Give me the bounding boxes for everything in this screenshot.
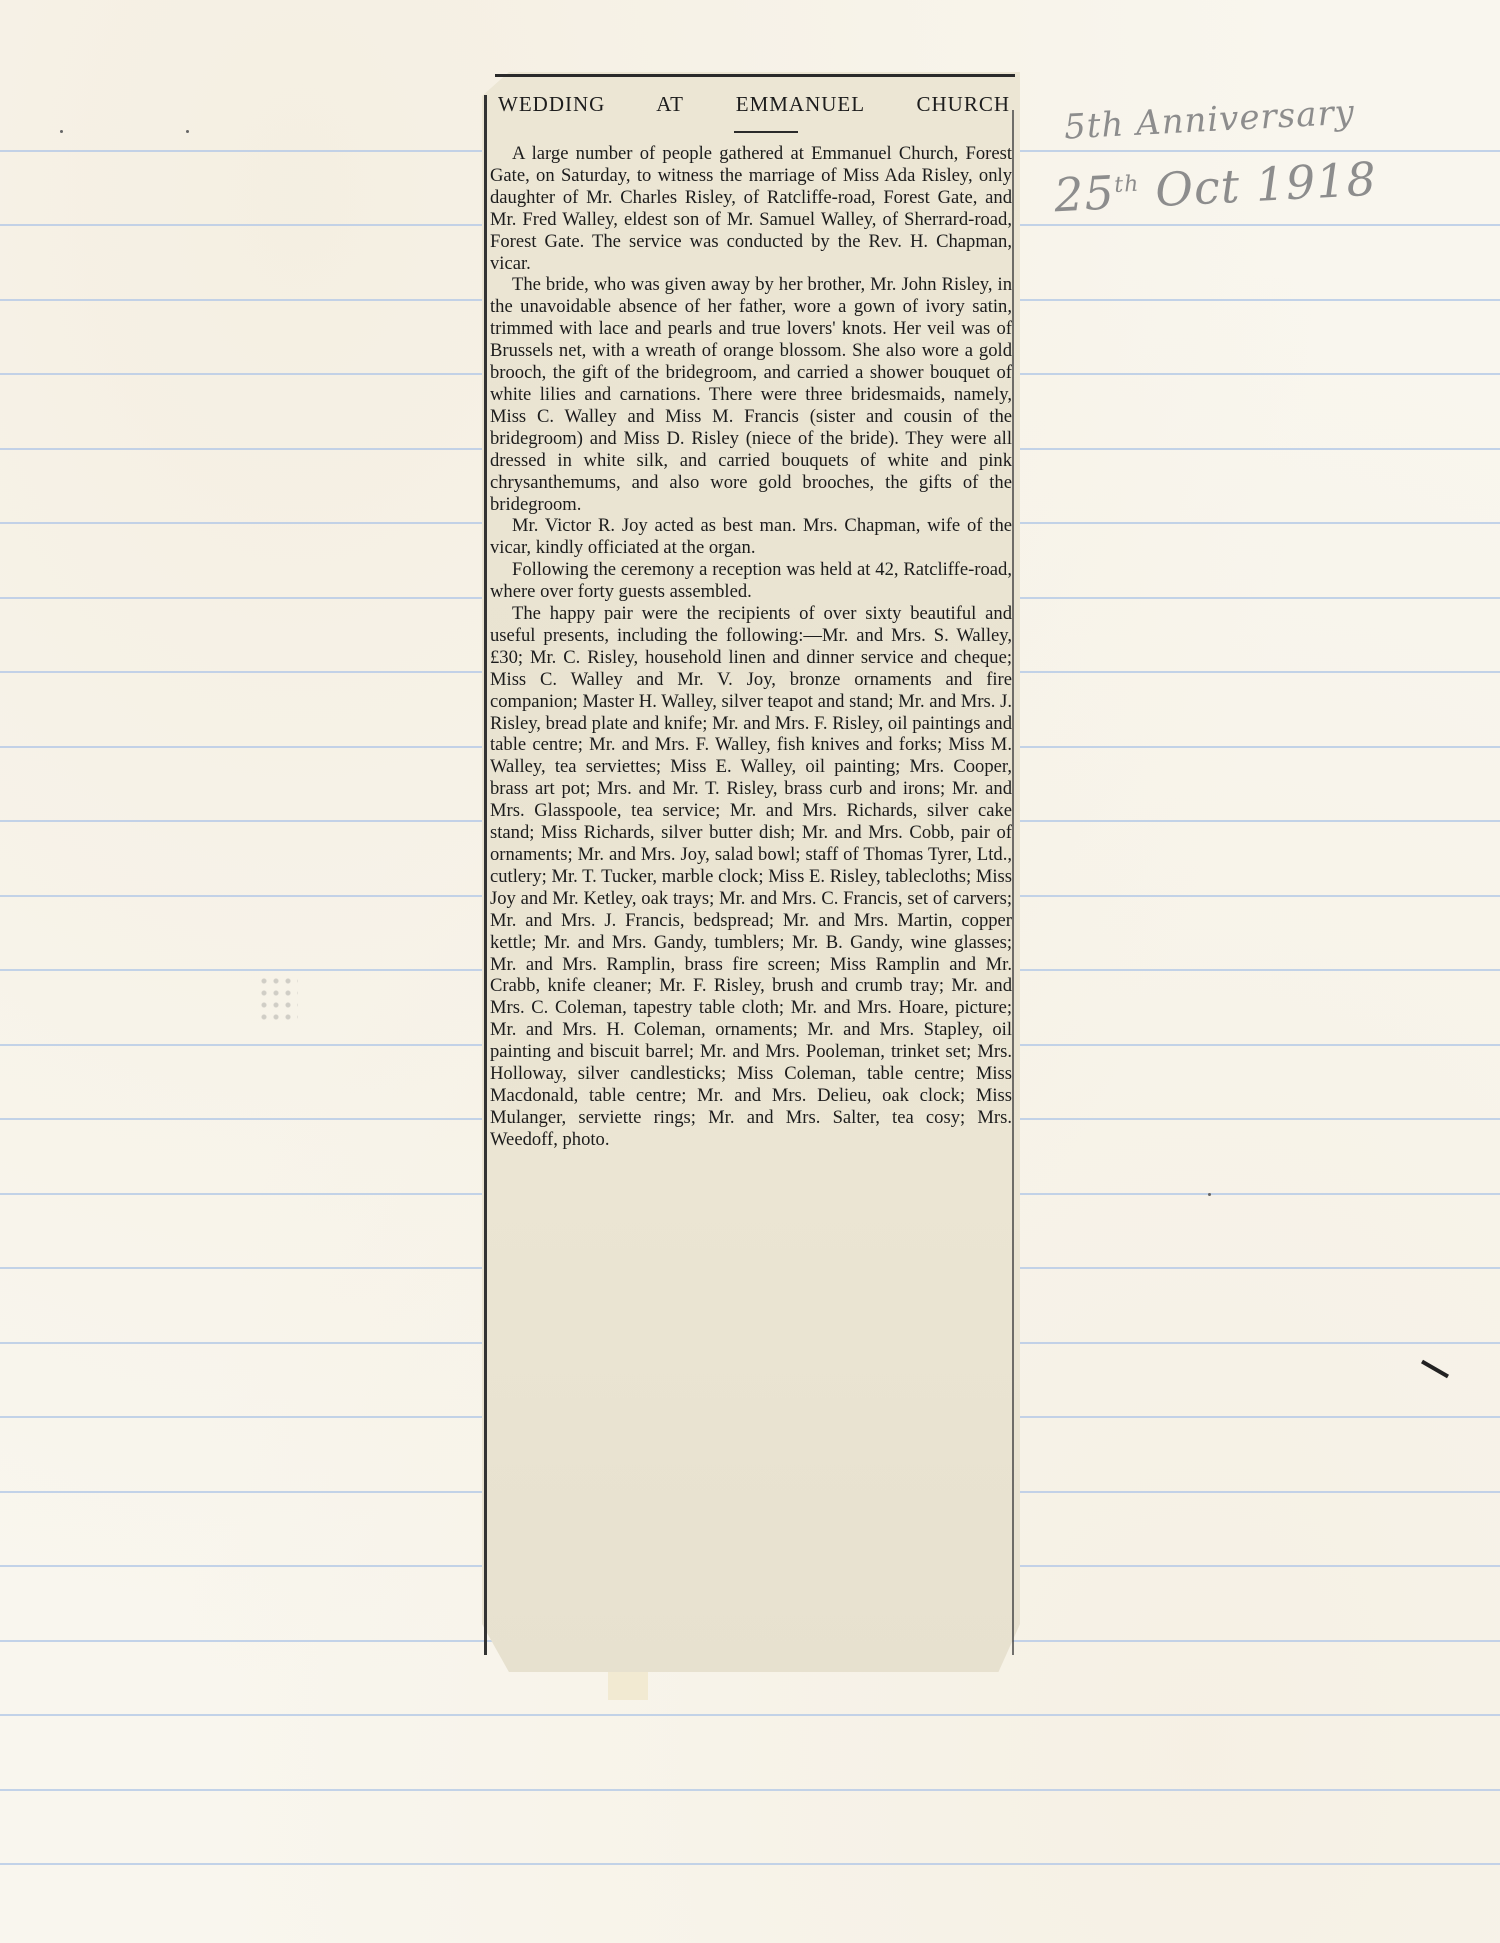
anniversary-note: 5th Anniversary: [1063, 92, 1356, 147]
tape-residue: [608, 1672, 648, 1700]
paragraph-best-man: Mr. Victor R. Joy acted as best man. Mrs…: [490, 515, 1012, 559]
ruled-line: [0, 1714, 1500, 1716]
speck: [60, 130, 63, 133]
clipping-left-border: [484, 95, 487, 1655]
clipping-top-border: [495, 74, 1015, 77]
scrapbook-page: 5th Anniversary 25th Oct 1918 Wedding at…: [0, 0, 1500, 1943]
ink-smudge: [258, 975, 298, 1020]
paragraph-ceremony: A large number of people gathered at Emm…: [490, 143, 1012, 274]
pencil-mark: [1421, 1360, 1449, 1378]
speck: [1208, 1193, 1211, 1196]
headline-rule: [734, 131, 798, 133]
handwritten-annotation-line2: 25th Oct 1918: [1053, 152, 1378, 223]
date-month-year: Oct 1918: [1154, 152, 1378, 218]
paragraph-reception: Following the ceremony a reception was h…: [490, 559, 1012, 603]
paragraph-presents: The happy pair were the recipients of ov…: [490, 603, 1012, 1151]
article-body: A large number of people gathered at Emm…: [490, 143, 1012, 1151]
ruled-line: [0, 1863, 1500, 1865]
date-day: 25: [1053, 165, 1116, 222]
handwritten-annotation-line1: 5th Anniversary: [1063, 92, 1356, 147]
article-headline: Wedding at Emmanuel Church: [498, 92, 1010, 117]
paragraph-bride: The bride, who was given away by her bro…: [490, 274, 1012, 515]
date-suffix: th: [1114, 172, 1140, 198]
ruled-line: [0, 1789, 1500, 1791]
clipping-right-border: [1012, 110, 1014, 1655]
speck: [186, 130, 189, 133]
